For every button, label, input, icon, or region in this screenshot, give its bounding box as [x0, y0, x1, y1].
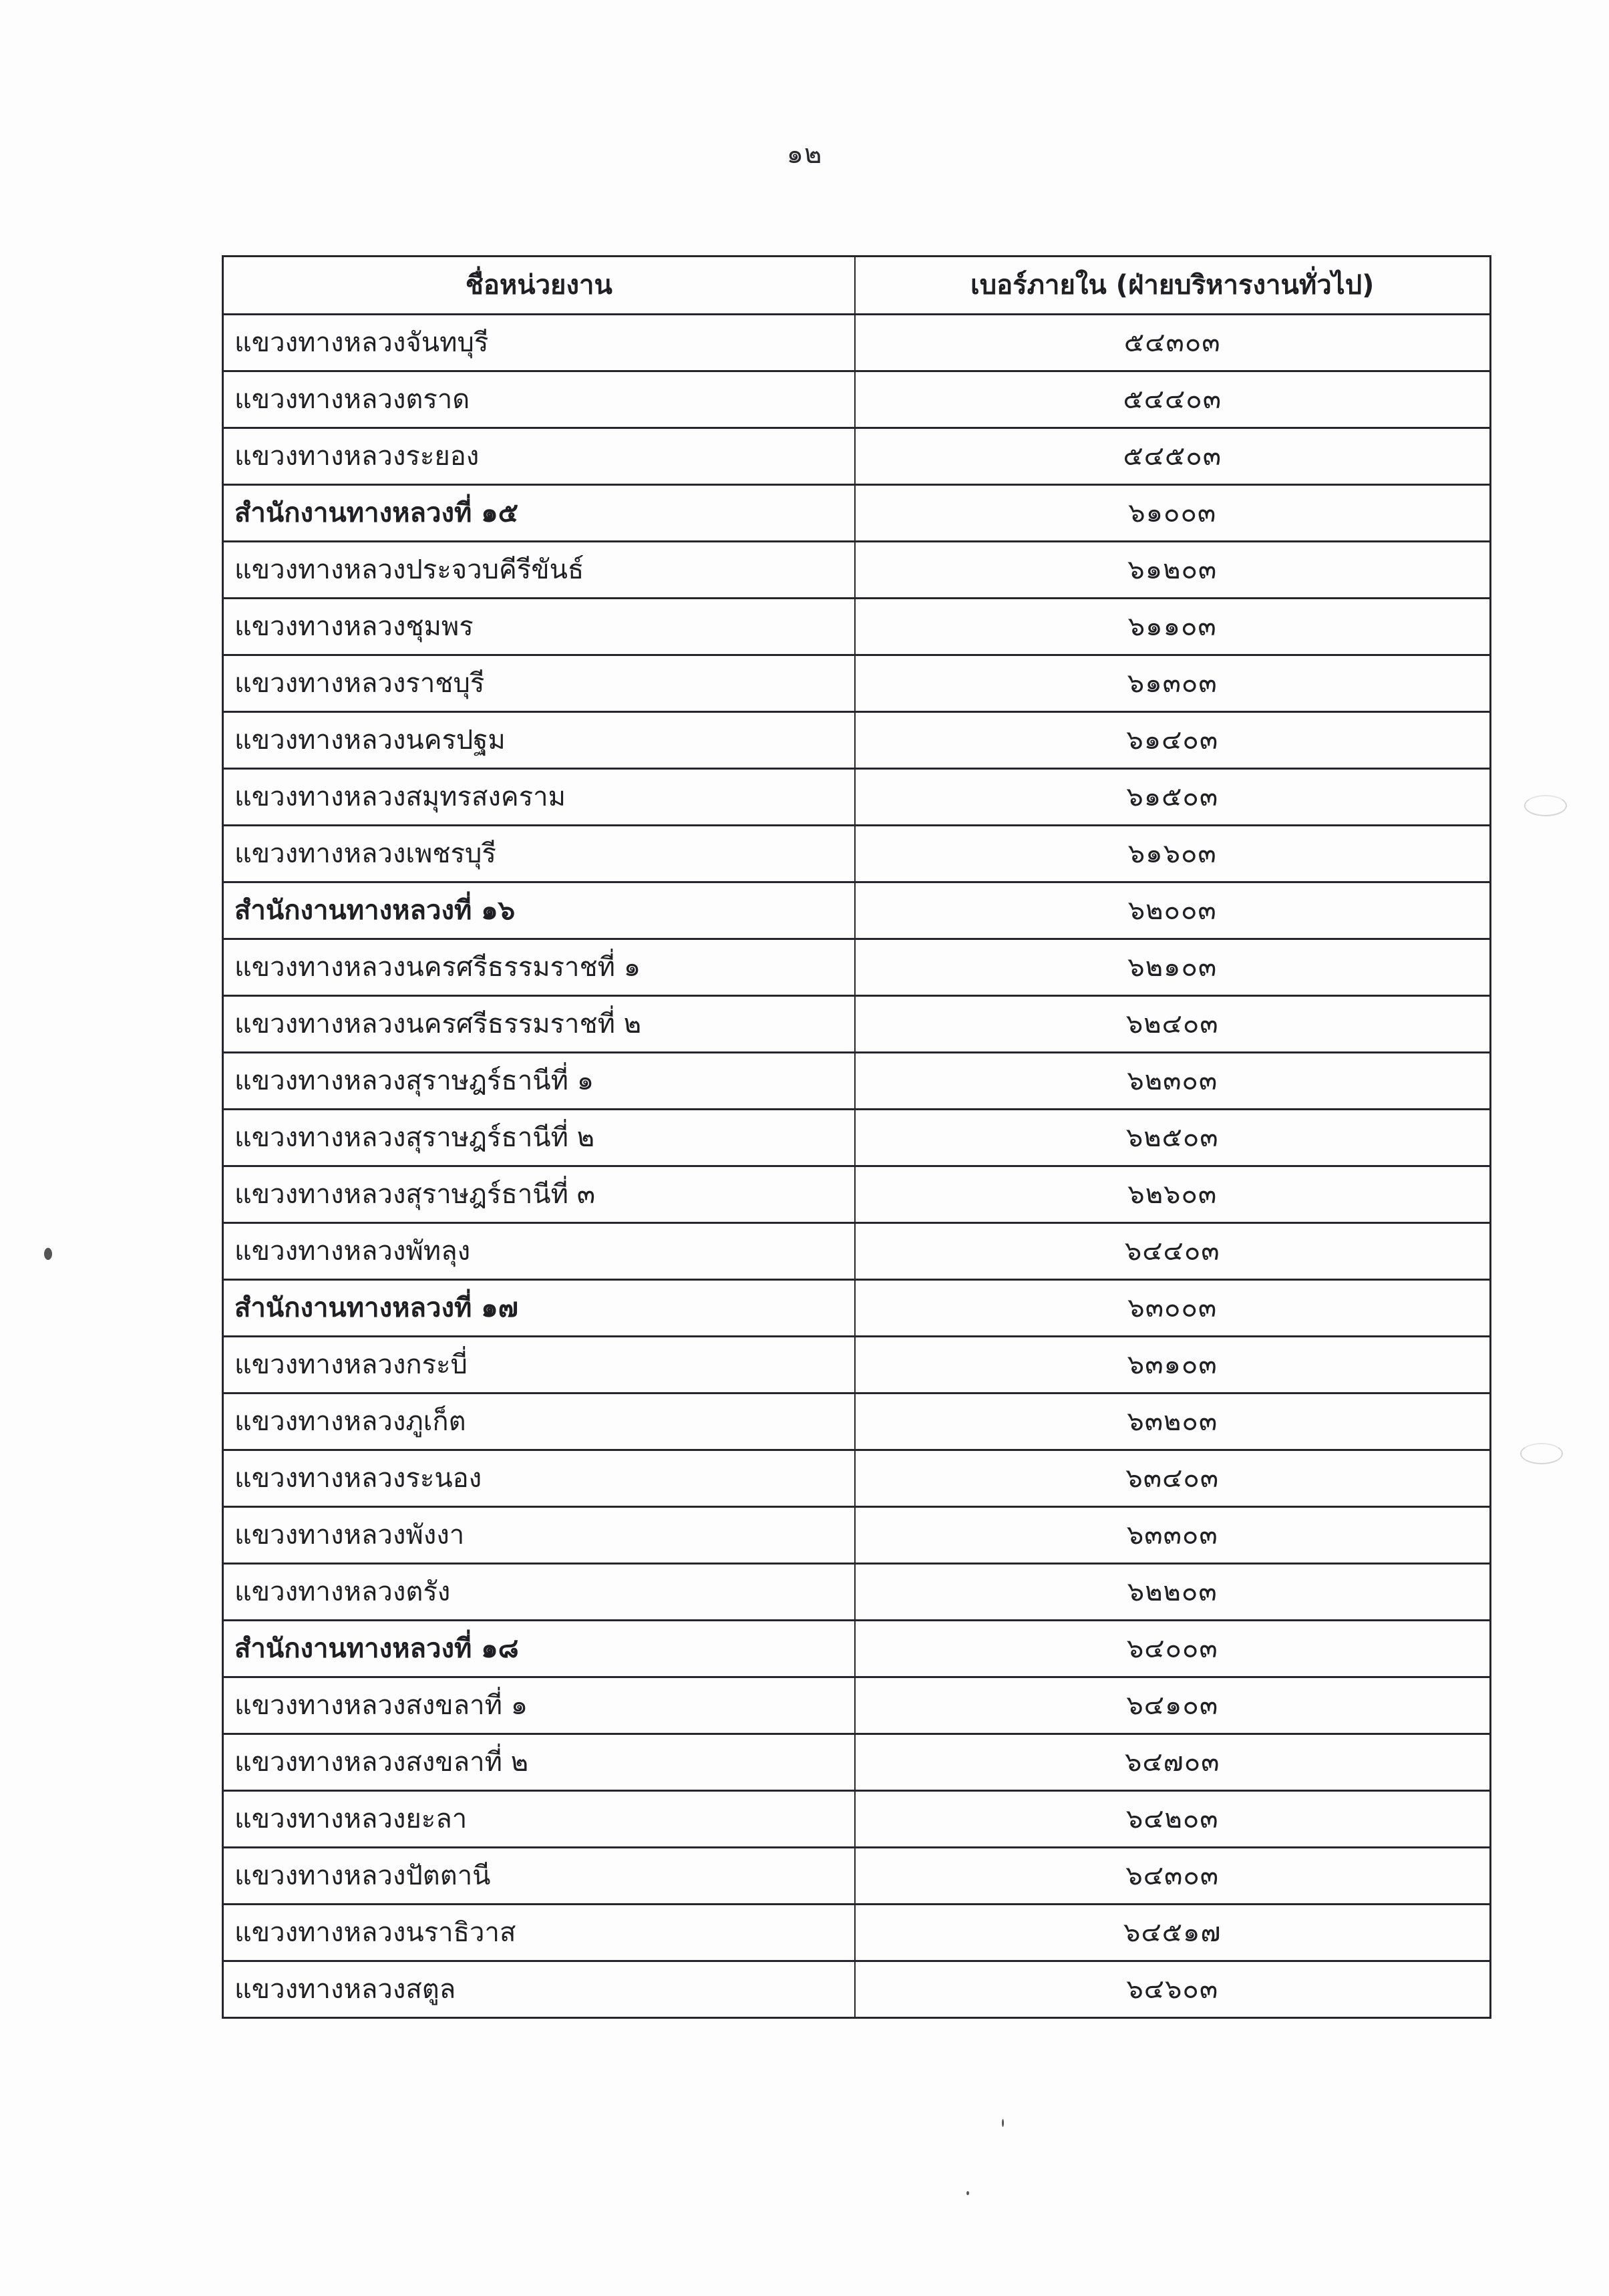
scan-speck: [1002, 2119, 1004, 2127]
table-row-office: สำนักงานทางหลวงที่ ๑๕๖๑๐๐๓: [223, 485, 1491, 542]
table-row: แขวงทางหลวงสงขลาที่ ๑๖๔๑๐๓: [223, 1677, 1491, 1734]
unit-name-cell: แขวงทางหลวงกระบี่: [223, 1337, 855, 1393]
table-row: แขวงทางหลวงตรัง๖๒๒๐๓: [223, 1564, 1491, 1621]
unit-name-cell: แขวงทางหลวงสงขลาที่ ๒: [223, 1734, 855, 1791]
unit-name-cell: แขวงทางหลวงประจวบคีรีขันธ์: [223, 542, 855, 599]
extension-cell: ๖๓๔๐๓: [855, 1450, 1491, 1507]
unit-name-cell: แขวงทางหลวงสุราษฎร์ธานีที่ ๓: [223, 1166, 855, 1223]
punch-hole-mark: [1524, 795, 1567, 816]
unit-name-cell: แขวงทางหลวงเพชรบุรี: [223, 826, 855, 882]
extension-cell: ๖๑๑๐๓: [855, 599, 1491, 655]
table-body: แขวงทางหลวงจันทบุรี๕๔๓๐๓แขวงทางหลวงตราด๕…: [223, 315, 1491, 2018]
extension-cell: ๖๑๔๐๓: [855, 712, 1491, 769]
table-row-office: สำนักงานทางหลวงที่ ๑๘๖๔๐๐๓: [223, 1621, 1491, 1677]
unit-name-cell: แขวงทางหลวงตราด: [223, 371, 855, 428]
table-row: แขวงทางหลวงสตูล๖๔๖๐๓: [223, 1961, 1491, 2018]
table-row: แขวงทางหลวงนครศรีธรรมราชที่ ๑๖๒๑๐๓: [223, 939, 1491, 996]
table-row: แขวงทางหลวงภูเก็ต๖๓๒๐๓: [223, 1393, 1491, 1450]
table-row: แขวงทางหลวงระนอง๖๓๔๐๓: [223, 1450, 1491, 1507]
unit-name-cell: แขวงทางหลวงสงขลาที่ ๑: [223, 1677, 855, 1734]
table-row: แขวงทางหลวงชุมพร๖๑๑๐๓: [223, 599, 1491, 655]
table-row: แขวงทางหลวงตราด๕๔๔๐๓: [223, 371, 1491, 428]
unit-name-cell: แขวงทางหลวงราชบุรี: [223, 655, 855, 712]
punch-hole-mark: [1520, 1443, 1563, 1464]
extension-cell: ๕๔๓๐๓: [855, 315, 1491, 371]
unit-name-cell: สำนักงานทางหลวงที่ ๑๕: [223, 485, 855, 542]
extension-cell: ๖๔๕๑๗: [855, 1905, 1491, 1961]
table-row: แขวงทางหลวงนครปฐม๖๑๔๐๓: [223, 712, 1491, 769]
unit-name-cell: แขวงทางหลวงนครปฐม: [223, 712, 855, 769]
column-header-unit-name: ชื่อหน่วยงาน: [223, 257, 855, 315]
unit-name-cell: แขวงทางหลวงจันทบุรี: [223, 315, 855, 371]
unit-name-cell: แขวงทางหลวงปัตตานี: [223, 1848, 855, 1905]
unit-name-cell: สำนักงานทางหลวงที่ ๑๗: [223, 1280, 855, 1337]
table-row-office: สำนักงานทางหลวงที่ ๑๗๖๓๐๐๓: [223, 1280, 1491, 1337]
extension-cell: ๖๔๑๐๓: [855, 1677, 1491, 1734]
unit-name-cell: แขวงทางหลวงสุราษฎร์ธานีที่ ๒: [223, 1110, 855, 1166]
page-number: ๑๒: [0, 132, 1609, 175]
table-row: แขวงทางหลวงราชบุรี๖๑๓๐๓: [223, 655, 1491, 712]
unit-name-cell: แขวงทางหลวงพัทลุง: [223, 1223, 855, 1280]
unit-name-cell: แขวงทางหลวงระนอง: [223, 1450, 855, 1507]
extension-cell: ๖๓๑๐๓: [855, 1337, 1491, 1393]
unit-name-cell: แขวงทางหลวงนราธิวาส: [223, 1905, 855, 1961]
extension-cell: ๖๔๓๐๓: [855, 1848, 1491, 1905]
table-row: แขวงทางหลวงสงขลาที่ ๒๖๔๗๐๓: [223, 1734, 1491, 1791]
table-row: แขวงทางหลวงเพชรบุรี๖๑๖๐๓: [223, 826, 1491, 882]
unit-name-cell: แขวงทางหลวงตรัง: [223, 1564, 855, 1621]
extension-cell: ๖๒๐๐๓: [855, 882, 1491, 939]
table-row: แขวงทางหลวงสุราษฎร์ธานีที่ ๓๖๒๖๐๓: [223, 1166, 1491, 1223]
extension-cell: ๖๑๕๐๓: [855, 769, 1491, 826]
extension-cell: ๖๓๐๐๓: [855, 1280, 1491, 1337]
extension-cell: ๕๔๕๐๓: [855, 428, 1491, 485]
extension-cell: ๖๒๑๐๓: [855, 939, 1491, 996]
unit-name-cell: แขวงทางหลวงชุมพร: [223, 599, 855, 655]
table-row: แขวงทางหลวงระยอง๕๔๕๐๓: [223, 428, 1491, 485]
table-row: แขวงทางหลวงสุราษฎร์ธานีที่ ๑๖๒๓๐๓: [223, 1053, 1491, 1110]
extension-cell: ๖๔๔๐๓: [855, 1223, 1491, 1280]
unit-name-cell: แขวงทางหลวงภูเก็ต: [223, 1393, 855, 1450]
extension-cell: ๖๔๐๐๓: [855, 1621, 1491, 1677]
unit-name-cell: แขวงทางหลวงยะลา: [223, 1791, 855, 1848]
extension-cell: ๖๒๒๐๓: [855, 1564, 1491, 1621]
table-row-office: สำนักงานทางหลวงที่ ๑๖๖๒๐๐๓: [223, 882, 1491, 939]
column-header-extension: เบอร์ภายใน (ฝ่ายบริหารงานทั่วไป): [855, 257, 1491, 315]
extension-cell: ๖๔๒๐๓: [855, 1791, 1491, 1848]
extension-cell: ๖๒๕๐๓: [855, 1110, 1491, 1166]
extension-cell: ๖๑๐๐๓: [855, 485, 1491, 542]
scan-speck: [44, 1248, 52, 1260]
extension-cell: ๖๔๗๐๓: [855, 1734, 1491, 1791]
unit-name-cell: แขวงทางหลวงสมุทรสงคราม: [223, 769, 855, 826]
table-row: แขวงทางหลวงสุราษฎร์ธานีที่ ๒๖๒๕๐๓: [223, 1110, 1491, 1166]
unit-name-cell: แขวงทางหลวงระยอง: [223, 428, 855, 485]
unit-name-cell: แขวงทางหลวงสุราษฎร์ธานีที่ ๑: [223, 1053, 855, 1110]
unit-name-cell: สำนักงานทางหลวงที่ ๑๘: [223, 1621, 855, 1677]
unit-name-cell: แขวงทางหลวงนครศรีธรรมราชที่ ๑: [223, 939, 855, 996]
scan-speck: [966, 2191, 969, 2195]
table-header-row: ชื่อหน่วยงาน เบอร์ภายใน (ฝ่ายบริหารงานทั…: [223, 257, 1491, 315]
table-row: แขวงทางหลวงพังงา๖๓๓๐๓: [223, 1507, 1491, 1564]
extension-cell: ๖๒๖๐๓: [855, 1166, 1491, 1223]
extension-cell: ๕๔๔๐๓: [855, 371, 1491, 428]
table-row: แขวงทางหลวงนราธิวาส๖๔๕๑๗: [223, 1905, 1491, 1961]
unit-name-cell: แขวงทางหลวงสตูล: [223, 1961, 855, 2018]
extension-cell: ๖๓๓๐๓: [855, 1507, 1491, 1564]
extension-cell: ๖๓๒๐๓: [855, 1393, 1491, 1450]
extension-cell: ๖๔๖๐๓: [855, 1961, 1491, 2018]
table-row: แขวงทางหลวงประจวบคีรีขันธ์๖๑๒๐๓: [223, 542, 1491, 599]
unit-name-cell: แขวงทางหลวงนครศรีธรรมราชที่ ๒: [223, 996, 855, 1053]
extension-cell: ๖๑๖๐๓: [855, 826, 1491, 882]
table-row: แขวงทางหลวงนครศรีธรรมราชที่ ๒๖๒๔๐๓: [223, 996, 1491, 1053]
table-row: แขวงทางหลวงกระบี่๖๓๑๐๓: [223, 1337, 1491, 1393]
extension-cell: ๖๑๓๐๓: [855, 655, 1491, 712]
table-row: แขวงทางหลวงจันทบุรี๕๔๓๐๓: [223, 315, 1491, 371]
table-row: แขวงทางหลวงปัตตานี๖๔๓๐๓: [223, 1848, 1491, 1905]
extension-cell: ๖๑๒๐๓: [855, 542, 1491, 599]
unit-name-cell: แขวงทางหลวงพังงา: [223, 1507, 855, 1564]
table-row: แขวงทางหลวงยะลา๖๔๒๐๓: [223, 1791, 1491, 1848]
table-row: แขวงทางหลวงพัทลุง๖๔๔๐๓: [223, 1223, 1491, 1280]
table-row: แขวงทางหลวงสมุทรสงคราม๖๑๕๐๓: [223, 769, 1491, 826]
internal-extension-table: ชื่อหน่วยงาน เบอร์ภายใน (ฝ่ายบริหารงานทั…: [222, 255, 1491, 2019]
extension-cell: ๖๒๔๐๓: [855, 996, 1491, 1053]
unit-name-cell: สำนักงานทางหลวงที่ ๑๖: [223, 882, 855, 939]
extension-cell: ๖๒๓๐๓: [855, 1053, 1491, 1110]
